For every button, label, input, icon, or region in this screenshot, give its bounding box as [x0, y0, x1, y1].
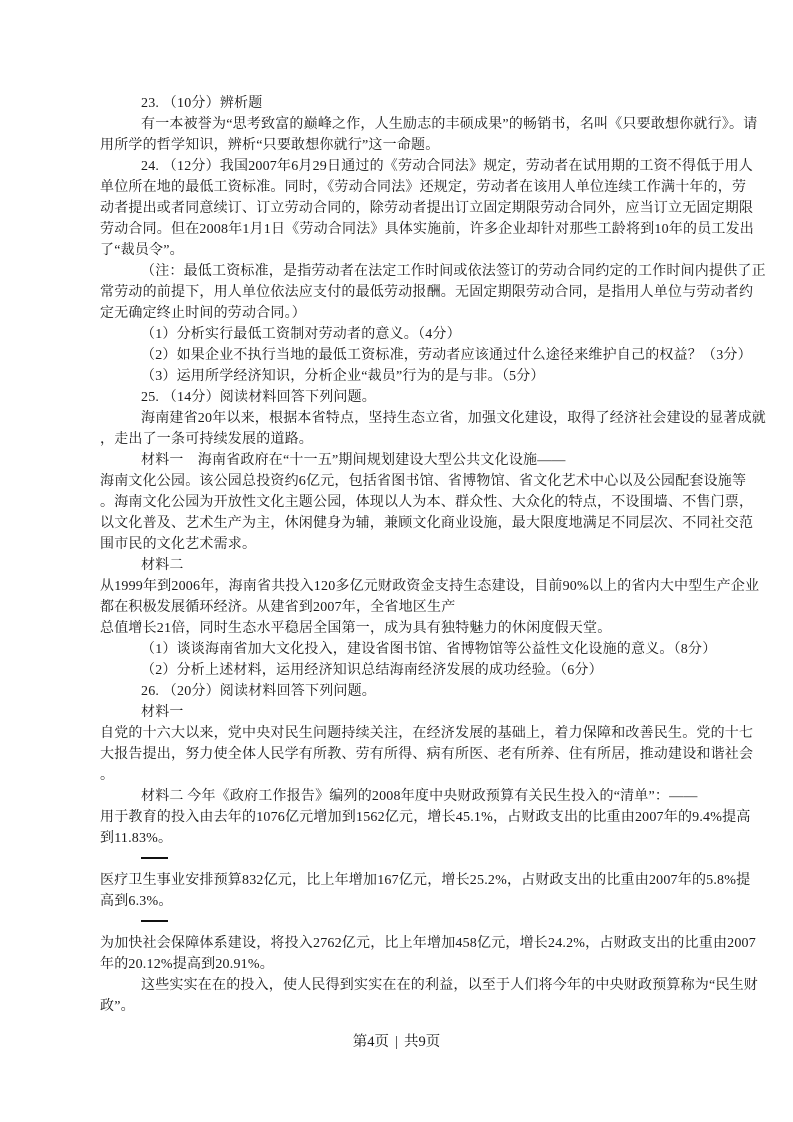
text-line: （2）分析上述材料，运用经济知识总结海南经济发展的成功经验。（6分）	[100, 660, 700, 681]
current-page-label: 第4页	[350, 1034, 392, 1050]
page-footer: 第4页|共9页	[0, 1032, 793, 1053]
dash-separator	[100, 912, 700, 933]
text-line: 政”。	[100, 996, 700, 1017]
text-line: 劳动合同。但在2008年1月1日《劳动合同法》具体实施前，许多企业却针对那些工龄…	[100, 219, 700, 240]
text-line: 年的20.12%提高到20.91%。	[100, 954, 700, 975]
text-line: 用于教育的投入由去年的1076亿元增加到1562亿元，增长45.1%，占财政支出…	[100, 807, 700, 828]
text-line: （注：最低工资标准，是指劳动者在法定工作时间或依法签订的劳动合同约定的工作时间内…	[100, 261, 700, 282]
text-line: 26. （20分）阅读材料回答下列问题。	[100, 681, 700, 702]
text-line: 了“裁员令”。	[100, 240, 700, 261]
text-line: 23. （10分）辨析题	[100, 93, 700, 114]
text-line: 大报告提出，努力使全体人民学有所教、劳有所得、病有所医、老有所养、住有所居，推动…	[100, 744, 700, 765]
text-line: 。海南文化公园为开放性文化主题公园，体现以人为本、群众性、大众化的特点，不设围墙…	[100, 492, 700, 513]
footer-separator: |	[392, 1034, 401, 1050]
text-line: 都在积极发展循环经济。从建省到2007年，全省地区生产	[100, 597, 700, 618]
text-line: 高到6.3%。	[100, 891, 700, 912]
text-line: 单位所在地的最低工资标准。同时，《劳动合同法》还规定，劳动者在该用人单位连续工作…	[100, 177, 700, 198]
dash-icon	[141, 857, 168, 859]
text-line: （2）如果企业不执行当地的最低工资标准，劳动者应该通过什么途径来维护自己的权益？…	[100, 345, 700, 366]
text-line: 以文化普及、艺术生产为主，休闲健身为辅，兼顾文化商业设施，最大限度地满足不同层次…	[100, 513, 700, 534]
text-line: 总值增长21倍，同时生态水平稳居全国第一，成为具有独特魅力的休闲度假天堂。	[100, 618, 700, 639]
text-line: （1）谈谈海南省加大文化投入，建设省图书馆、省博物馆等公益性文化设施的意义。（8…	[100, 639, 700, 660]
text-line: 24. （12分）我国2007年6月29日通过的《劳动合同法》规定，劳动者在试用…	[100, 156, 700, 177]
text-line: 有一本被誉为“思考致富的巅峰之作，人生励志的丰硕成果”的畅销书，名叫《只要敢想你…	[100, 114, 700, 135]
text-line: 常劳动的前提下，用人单位依法应支付的最低劳动报酬。无固定期限劳动合同，是指用人单…	[100, 282, 700, 303]
text-line: 医疗卫生事业安排预算832亿元，比上年增加167亿元，增长25.2%，占财政支出…	[100, 870, 700, 891]
text-line: 动者提出或者同意续订、订立劳动合同的，除劳动者提出订立固定期限劳动合同外，应当订…	[100, 198, 700, 219]
text-line: 定无确定终止时间的劳动合同。）	[100, 303, 700, 324]
text-line: 材料二 今年《政府工作报告》编列的2008年度中央财政预算有关民生投入的“清单”…	[100, 786, 700, 807]
dash-separator	[100, 849, 700, 870]
text-line: （1）分析实行最低工资制对劳动者的意义。（4分）	[100, 324, 700, 345]
text-line: 这些实实在在的投入，使人民得到实实在在的利益，以至于人们将今年的中央财政预算称为…	[100, 975, 700, 996]
total-pages-label: 共9页	[401, 1034, 443, 1050]
text-line: 从1999年到2006年，海南省共投入120多亿元财政资金支持生态建设，目前90…	[100, 576, 700, 597]
text-line: 材料一 海南省政府在“十一五”期间规划建设大型公共文化设施——	[100, 450, 700, 471]
text-line: 材料一	[100, 702, 700, 723]
text-line: 。	[100, 765, 700, 786]
text-line: ，走出了一条可持续发展的道路。	[100, 429, 700, 450]
text-line: 材料二	[100, 555, 700, 576]
text-line: 为加快社会保障体系建设，将投入2762亿元，比上年增加458亿元，增长24.2%…	[100, 933, 700, 954]
text-line: 海南文化公园。该公园总投资约6亿元，包括省图书馆、省博物馆、省文化艺术中心以及公…	[100, 471, 700, 492]
text-line: 到11.83%。	[100, 828, 700, 849]
text-line: 自党的十六大以来，党中央对民生问题持续关注，在经济发展的基础上，着力保障和改善民…	[100, 723, 700, 744]
text-line: （3）运用所学经济知识，分析企业“裁员”行为的是与非。（5分）	[100, 366, 700, 387]
exam-document-page: 23. （10分）辨析题有一本被誉为“思考致富的巅峰之作，人生励志的丰硕成果”的…	[0, 0, 793, 1122]
text-line: 用所学的哲学知识，辨析“只要敢想你就行”这一命题。	[100, 135, 700, 156]
document-lines: 23. （10分）辨析题有一本被誉为“思考致富的巅峰之作，人生励志的丰硕成果”的…	[100, 93, 700, 1017]
text-line: 海南建省20年以来，根据本省特点，坚持生态立省，加强文化建设，取得了经济社会建设…	[100, 408, 700, 429]
text-line: 围市民的文化艺术需求。	[100, 534, 700, 555]
dash-icon	[141, 920, 168, 922]
text-line: 25. （14分）阅读材料回答下列问题。	[100, 387, 700, 408]
